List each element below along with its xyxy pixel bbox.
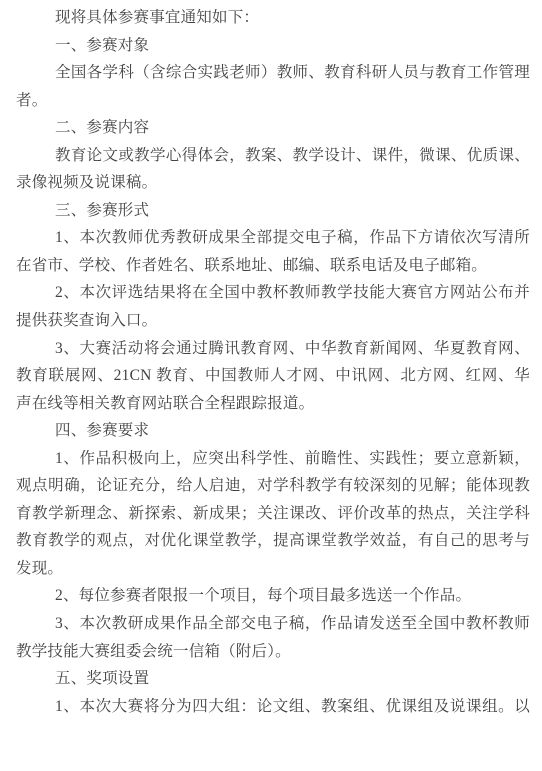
text-line: 发现。 <box>16 555 530 583</box>
text-line: 3、大赛活动将会通过腾讯教育网、中华教育新闻网、华夏教育网、 <box>16 335 530 363</box>
text-line: 四、参赛要求 <box>16 417 530 445</box>
text-line: 提供获奖查询入口。 <box>16 307 530 335</box>
text-line: 声在线等相关教育网站联合全程跟踪报道。 <box>16 390 530 418</box>
text-line: 2、本次评选结果将在全国中教杯教师教学技能大赛官方网站公布并 <box>16 279 530 307</box>
text-line: 现将具体参赛事宜通知如下： <box>16 4 530 32</box>
text-line: 教学技能大赛组委会统一信箱（附后）。 <box>16 638 530 666</box>
text-line: 3、本次教研成果作品全部交电子稿，作品请发送至全国中教杯教师 <box>16 610 530 638</box>
text-line: 二、参赛内容 <box>16 114 530 142</box>
text-line: 1、本次大赛将分为四大组：论文组、教案组、优课组及说课组。以 <box>16 693 530 721</box>
text-line: 1、作品积极向上，应突出科学性、前瞻性、实践性；要立意新颖， <box>16 445 530 473</box>
text-line: 教育教学的观点，对优化课堂教学，提高课堂教学效益，有自己的思考与 <box>16 527 530 555</box>
text-line: 教育联展网、21CN 教育、中国教师人才网、中讯网、北方网、红网、华 <box>16 362 530 390</box>
document-page: 现将具体参赛事宜通知如下：一、参赛对象全国各学科（含综合实践老师）教师、教育科研… <box>0 0 542 771</box>
text-line: 者。 <box>16 87 530 115</box>
text-line: 育教学新理念、新探索、新成果；关注课改、评价改革的热点，关注学科 <box>16 500 530 528</box>
text-line: 观点明确，论证充分，给人启迪，对学科教学有较深刻的见解；能体现教 <box>16 472 530 500</box>
document-body: 现将具体参赛事宜通知如下：一、参赛对象全国各学科（含综合实践老师）教师、教育科研… <box>16 4 530 720</box>
text-line: 一、参赛对象 <box>16 32 530 60</box>
text-line: 1、本次教师优秀教研成果全部提交电子稿，作品下方请依次写清所 <box>16 224 530 252</box>
text-line: 在省市、学校、作者姓名、联系地址、邮编、联系电话及电子邮箱。 <box>16 252 530 280</box>
text-line: 三、参赛形式 <box>16 197 530 225</box>
text-line: 录像视频及说课稿。 <box>16 169 530 197</box>
text-line: 全国各学科（含综合实践老师）教师、教育科研人员与教育工作管理 <box>16 59 530 87</box>
text-line: 2、每位参赛者限报一个项目，每个项目最多选送一个作品。 <box>16 582 530 610</box>
text-line: 五、奖项设置 <box>16 665 530 693</box>
text-line: 教育论文或教学心得体会，教案、教学设计、课件，微课、优质课、 <box>16 142 530 170</box>
